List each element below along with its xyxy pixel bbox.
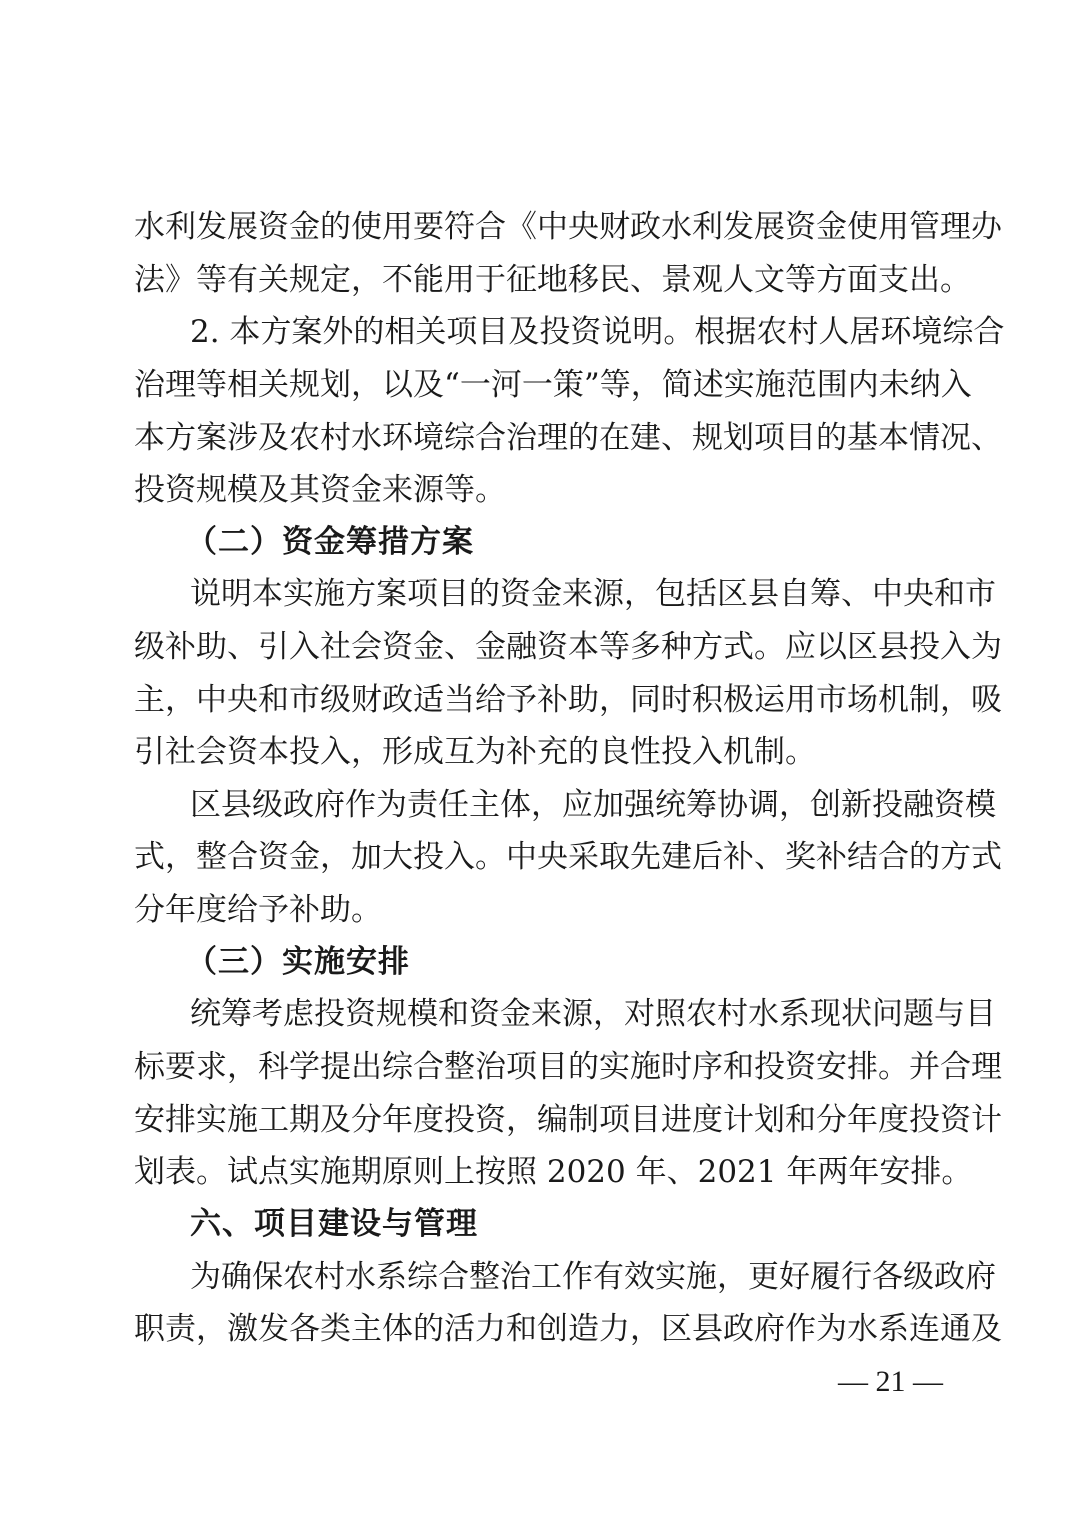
paragraph-line: 为确保农村水系综合整治工作有效实施，更好履行各级政府 [190,1257,942,1297]
section-subheading: （二）资金筹措方案 [186,522,474,562]
paragraph-line: 级补助、引入社会资金、金融资本等多种方式。应以区县投入为 [134,627,942,667]
paragraph-line: 划表。试点实施期原则上按照 2020 年、2021 年两年安排。 [134,1152,942,1192]
section-heading: 六、项目建设与管理 [190,1204,478,1244]
paragraph-line: 法》等有关规定，不能用于征地移民、景观人文等方面支出。 [134,260,942,300]
paragraph-line: 主，中央和市级财政适当给予补助，同时积极运用市场机制，吸 [134,680,942,720]
paragraph-line: 水利发展资金的使用要符合《中央财政水利发展资金使用管理办 [134,207,942,247]
paragraph-line: 统筹考虑投资规模和资金来源，对照农村水系现状问题与目 [190,994,942,1034]
paragraph-line: 引社会资本投入，形成互为补充的良性投入机制。 [134,732,942,772]
page-number: — 21 — [838,1362,943,1402]
paragraph-line: 投资规模及其资金来源等。 [134,470,942,510]
paragraph-line: 安排实施工期及分年度投资，编制项目进度计划和分年度投资计 [134,1100,942,1140]
document-page: 水利发展资金的使用要符合《中央财政水利发展资金使用管理办 法》等有关规定，不能用… [0,0,1074,1520]
paragraph-line: 分年度给予补助。 [134,890,942,930]
paragraph-line: 治理等相关规划，以及“一河一策”等，简述实施范围内未纳入 [134,365,942,405]
paragraph-line: 标要求，科学提出综合整治项目的实施时序和投资安排。并合理 [134,1047,942,1087]
paragraph-line: 职责，激发各类主体的活力和创造力，区县政府作为水系连通及 [134,1309,942,1349]
paragraph-line: 区县级政府作为责任主体，应加强统筹协调，创新投融资模 [190,785,942,825]
paragraph-line: 式，整合资金，加大投入。中央采取先建后补、奖补结合的方式 [134,837,942,877]
paragraph-line: 2. 本方案外的相关项目及投资说明。根据农村人居环境综合 [190,312,942,352]
section-subheading: （三）实施安排 [186,942,410,982]
paragraph-line: 本方案涉及农村水环境综合治理的在建、规划项目的基本情况、 [134,418,942,458]
paragraph-line: 说明本实施方案项目的资金来源，包括区县自筹、中央和市 [190,574,942,614]
